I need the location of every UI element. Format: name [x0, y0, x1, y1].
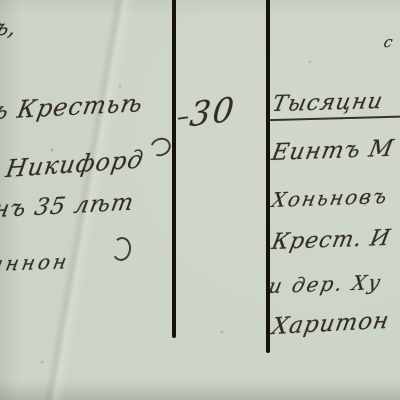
dash-mark-icon — [178, 116, 188, 119]
right-corner-mark-text: c — [382, 33, 395, 51]
left-entry-line-1-text: ъ Крестьѣ — [0, 89, 146, 125]
right-entry-line-2: Еинтъ М — [272, 136, 395, 166]
left-entry-line-4: иннон — [0, 249, 70, 276]
right-entry-line-5-text: и дер. Ху — [267, 270, 385, 298]
column-rule-right — [266, 0, 270, 353]
right-entry-line-6-text: Харитон — [270, 308, 392, 340]
right-entry-line-5: и дер. Ху — [269, 270, 383, 298]
right-entry-line-3: Хоньновъ — [272, 184, 389, 212]
column-rule-left — [172, 0, 176, 338]
left-corner-mark-text: ъ, — [0, 16, 19, 41]
right-entry-line-4: Крест. И — [272, 226, 391, 255]
document-photo: ъ, ъ Крестьѣ Никифорд нъ 35 лѣт иннон 30… — [0, 0, 400, 400]
right-corner-mark: c — [384, 33, 392, 51]
pen-flourish-loop-icon — [147, 134, 174, 159]
right-entry-line-1-underlined: Тысяцни — [272, 88, 400, 121]
age-value-text: 30 — [188, 89, 238, 134]
left-entry-line-3: нъ 35 лѣт — [0, 190, 135, 223]
age-value: 30 — [188, 90, 238, 134]
right-entry-line-3-text: Хоньновъ — [270, 184, 391, 212]
right-entry-line-4-text: Крест. И — [270, 226, 393, 255]
pen-flourish-curl-icon — [110, 236, 132, 262]
right-entry-line-2-text: Еинтъ М — [269, 136, 396, 166]
left-entry-line-2-text: Никифорд — [4, 145, 146, 183]
left-entry-line-4-text: иннон — [0, 249, 72, 276]
left-entry-line-1: ъ Крестьѣ — [0, 89, 144, 125]
left-corner-mark: ъ, — [0, 16, 16, 41]
left-entry-line-3-text: нъ 35 лѣт — [0, 190, 136, 224]
left-entry-line-2: Никифорд — [5, 145, 145, 183]
right-entry-line-6: Харитон — [271, 308, 390, 340]
right-entry-line-1-text: Тысяцни — [269, 87, 400, 121]
